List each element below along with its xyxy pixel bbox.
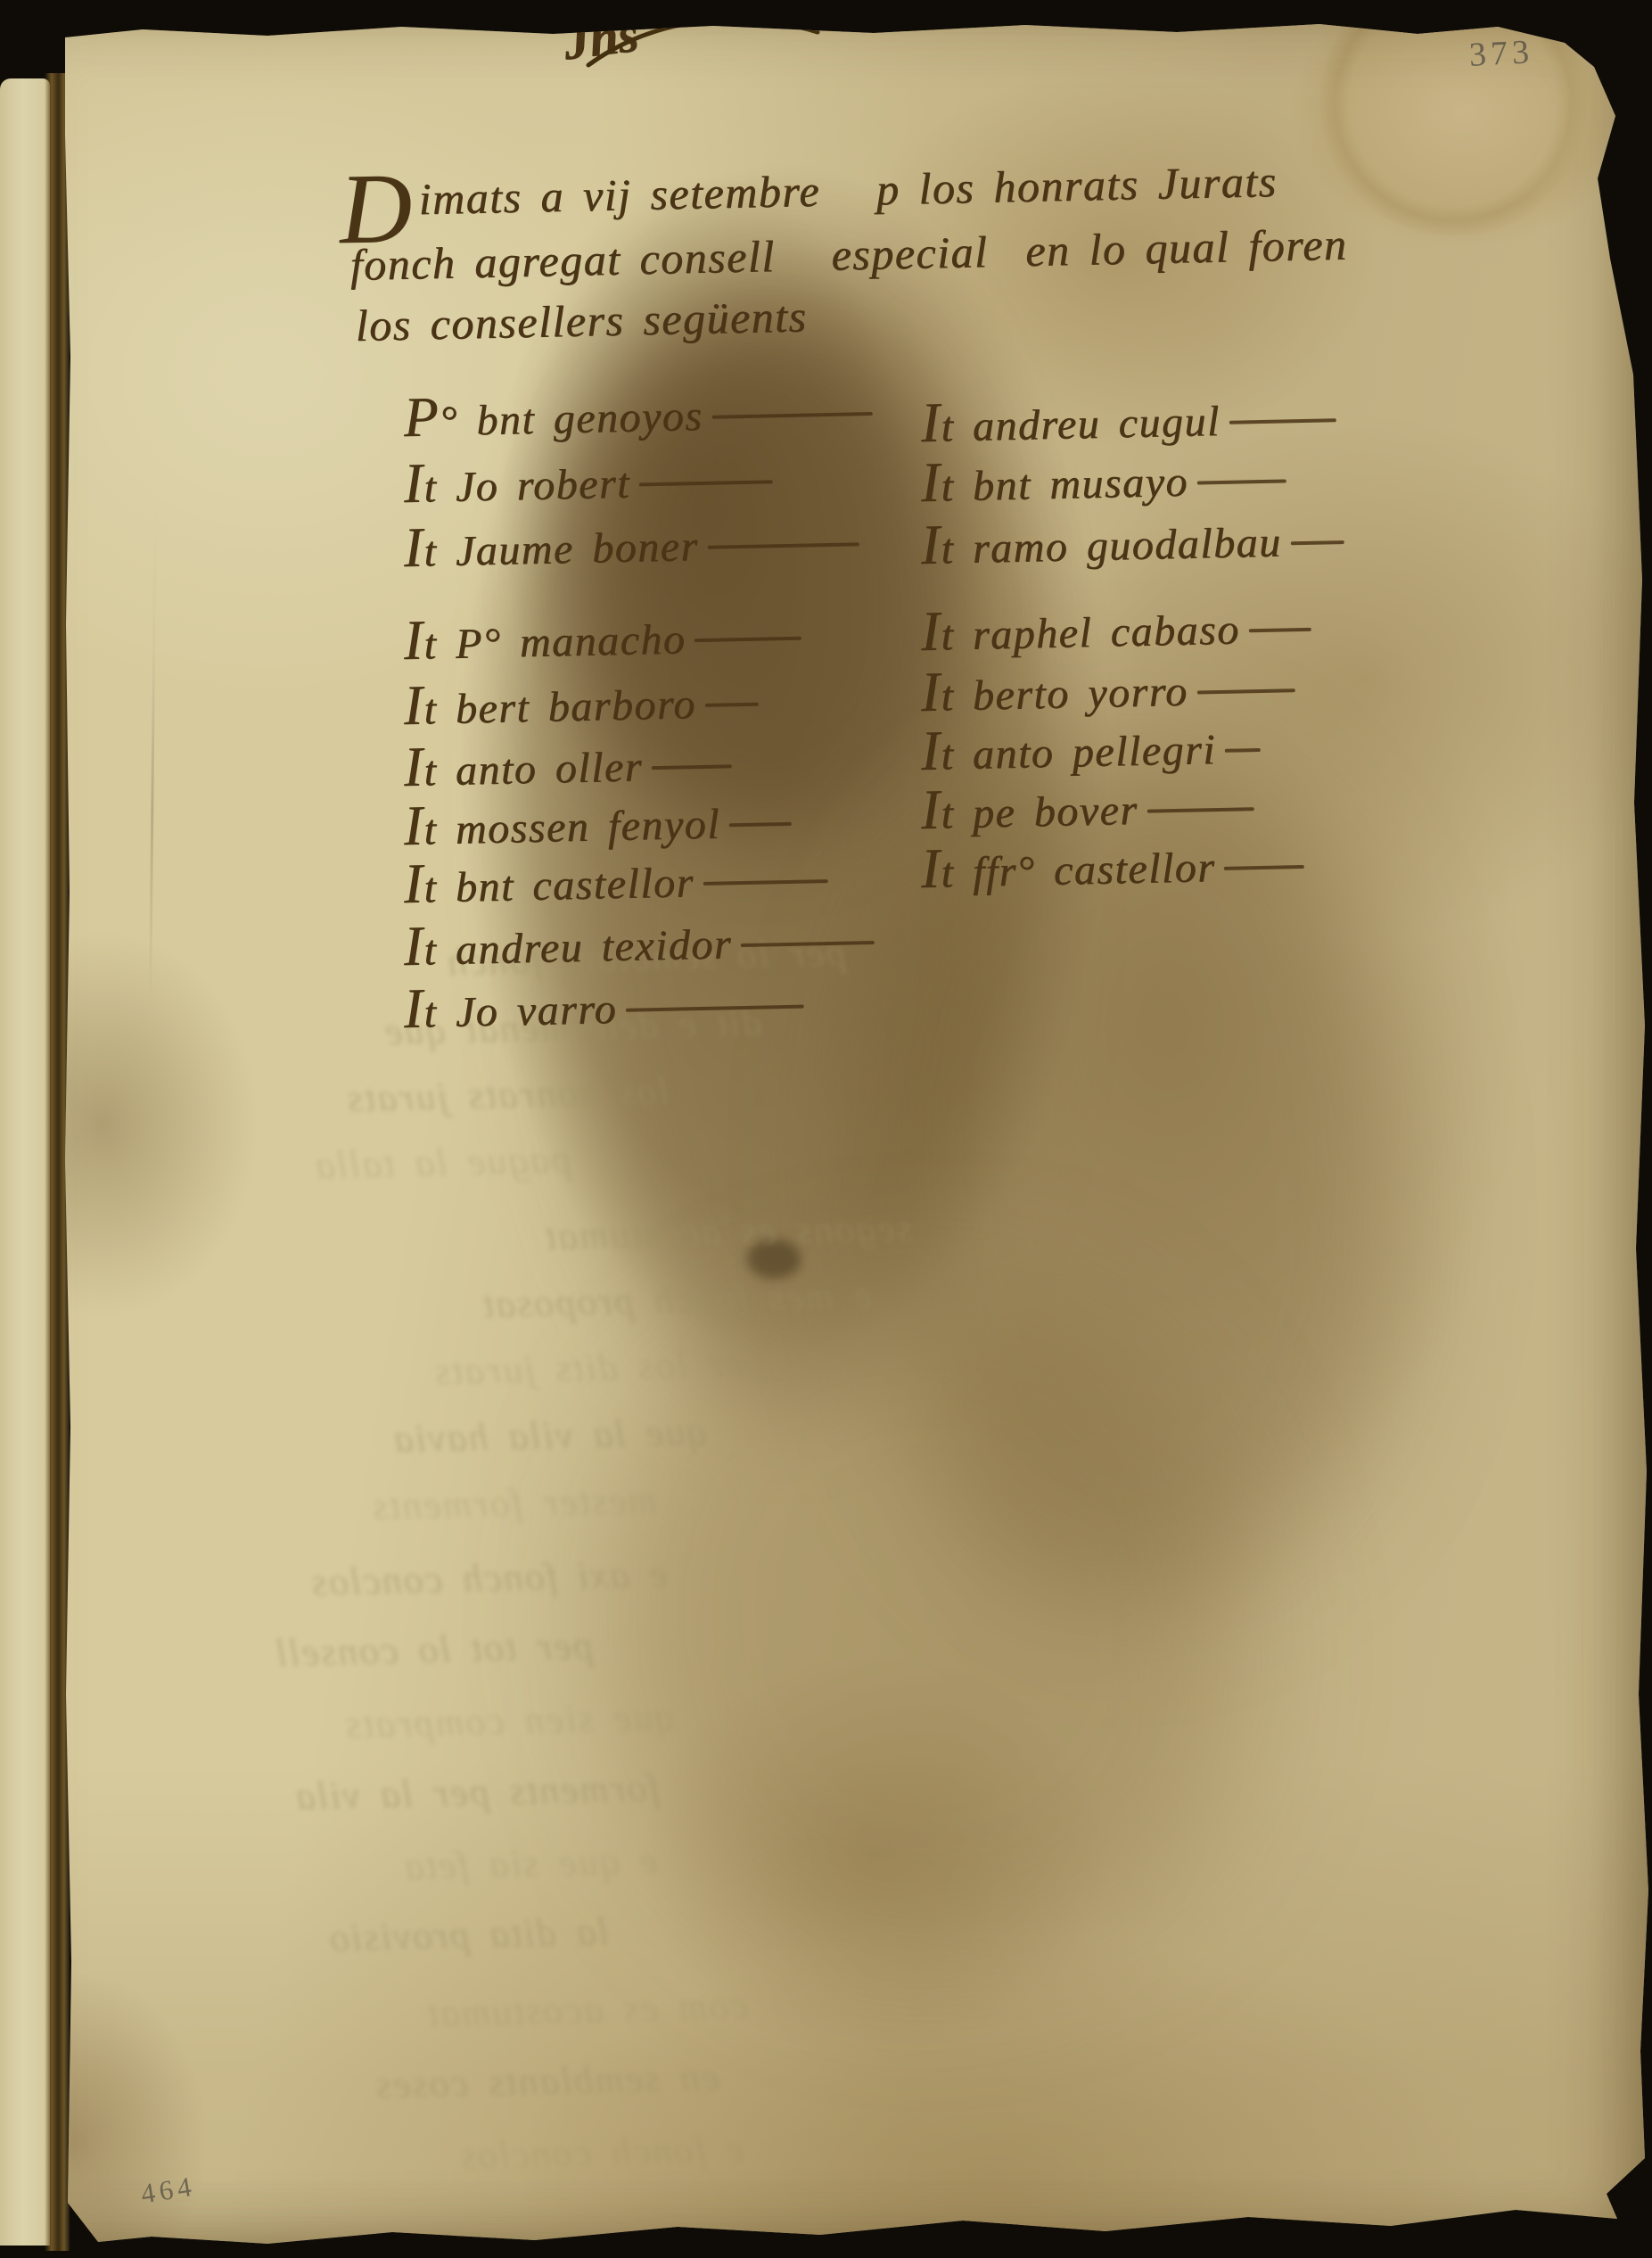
attendee-entry: It bert barboro: [403, 666, 759, 738]
attendee-entry: It andreu texidor: [403, 904, 875, 979]
attendee-entry: P° bnt genoyos: [403, 375, 873, 450]
bleedthrough-line: com es acostumat: [425, 1983, 748, 2037]
bleedthrough-line: e fonch conclos: [458, 2126, 744, 2179]
monogram-flourish: [584, 7, 825, 78]
heading-line-1-text: imats a vij setembre p los honrats Jurat…: [418, 156, 1278, 224]
bleedthrough-line: mester forments: [370, 1477, 656, 1529]
paper-crease: [149, 499, 157, 999]
archival-number-pencil: 464: [139, 2170, 198, 2210]
attendee-entry: It ffr° castellor: [920, 828, 1305, 902]
bleedthrough-line: segons es acostumat: [543, 1205, 912, 1259]
attendee-entry: It bnt musayo: [920, 442, 1286, 515]
attendee-entry: It Jo varro: [403, 968, 805, 1042]
bleedthrough-line: la dita provisio: [327, 1908, 609, 1961]
bleedthrough-line: en semblants coses: [374, 2054, 719, 2107]
attendee-entry: It ramo guodalbau: [920, 504, 1344, 578]
heading-line-3: los consellers següents: [355, 290, 808, 351]
bleedthrough-line: per los dits jurats: [432, 1340, 764, 1394]
bleedthrough-line: per tot lo consell: [274, 1623, 593, 1677]
facing-page-edge: [0, 78, 50, 2246]
bleedthrough-line: e que sia feta: [402, 1838, 658, 1890]
attendee-entry: It Jo robert: [403, 443, 773, 516]
bleedthrough-line: forments per la vila: [293, 1765, 660, 1819]
attendee-entry: It Jaume boner: [403, 506, 859, 581]
attendee-entry: It P° manacho: [403, 600, 802, 673]
stain-blob: [606, 1293, 1248, 1971]
manuscript-page: per lo semblant fonch dit e determenat q…: [0, 0, 1652, 2258]
bleedthrough-line: que la vila havia: [391, 1409, 707, 1463]
bleedthrough-line: e mes fonch proposat: [481, 1273, 872, 1328]
folio-number: 373: [1468, 32, 1534, 75]
bleedthrough-line: los honrats jurats: [345, 1068, 670, 1122]
bleedthrough-line: que sien comprats: [343, 1693, 674, 1747]
bleedthrough-line: pague la talla: [313, 1136, 571, 1188]
bleedthrough-line: e axi fonch conclos: [309, 1551, 668, 1605]
